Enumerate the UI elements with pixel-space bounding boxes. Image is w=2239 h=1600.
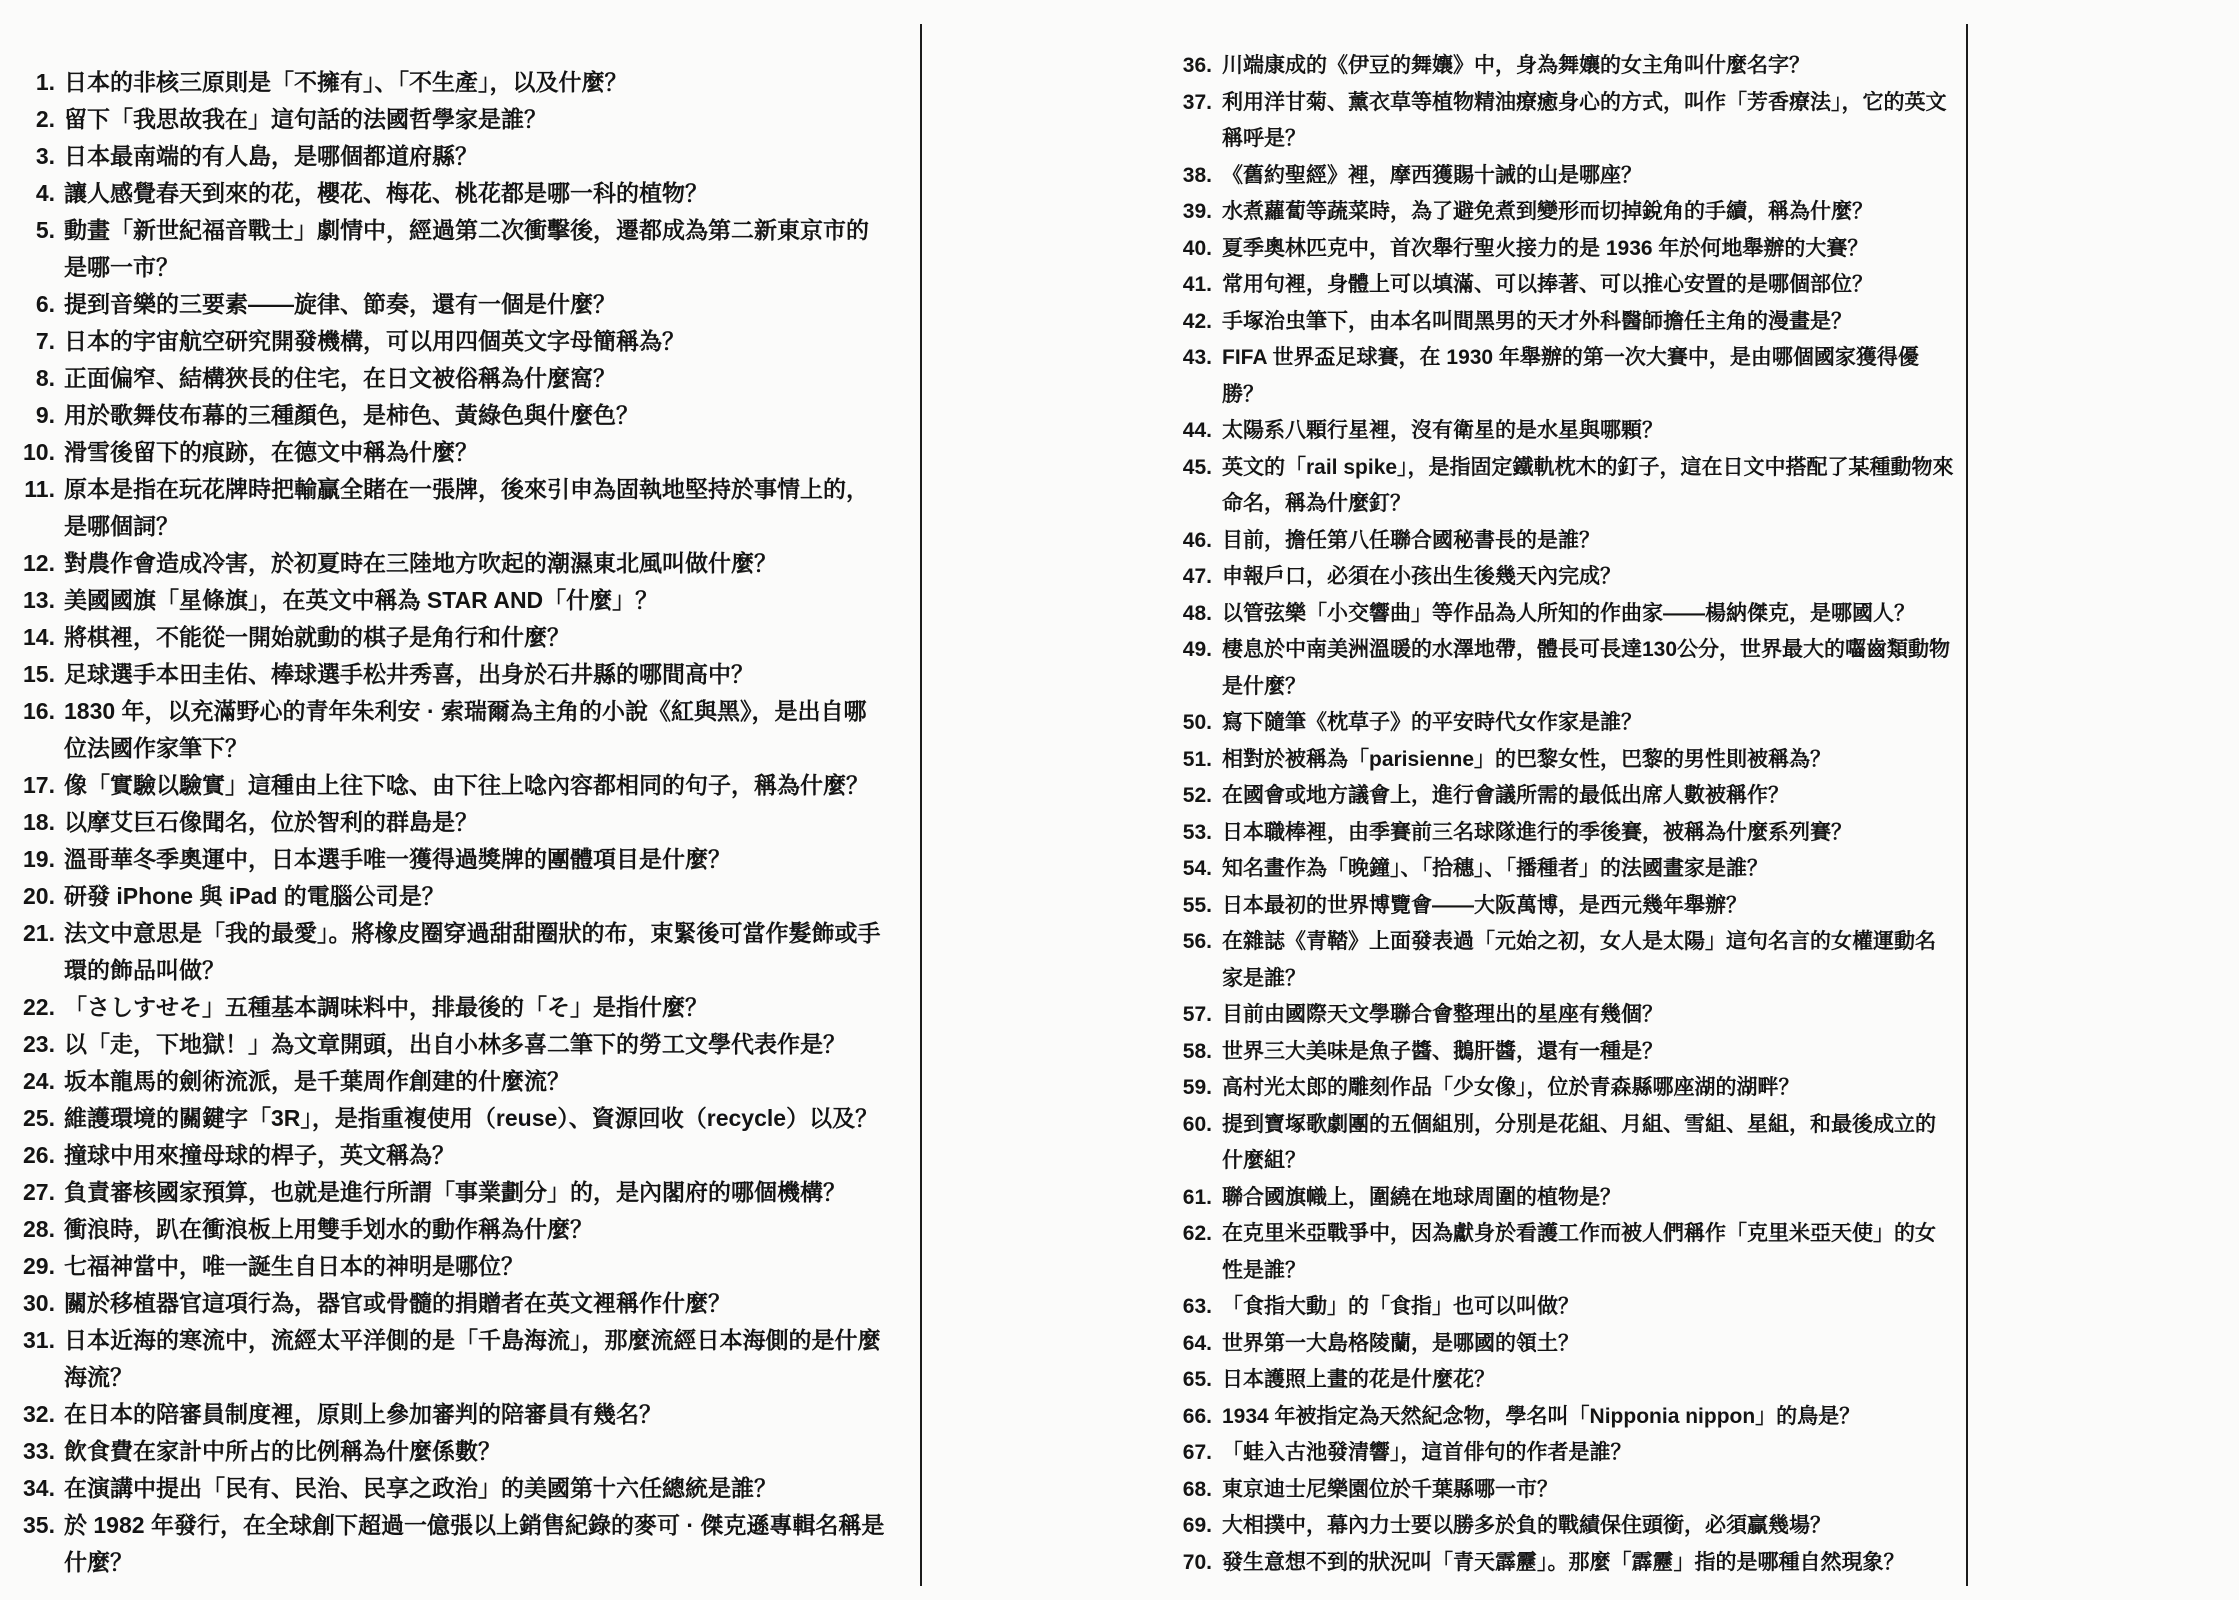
question-text: 日本護照上畫的花是什麼花？ [1222,1362,1954,1399]
question-number: 14. [8,619,55,656]
question-text: 以管弦樂「小交響曲」等作品為人所知的作曲家——楊納傑克，是哪國人？ [1222,596,1954,633]
page-divider-line-right [1966,24,1968,1586]
question-column-right: 36.川端康成的《伊豆的舞孃》中，身為舞孃的女主角叫什麼名字？37.利用洋甘菊、… [1168,48,1968,1581]
question-text: 1934 年被指定為天然紀念物，學名叫「Nipponia nippon」的鳥是？ [1222,1399,1954,1436]
question-text: 七福神當中，唯一誕生自日本的神明是哪位？ [64,1248,886,1285]
question-item: 25.維護環境的關鍵字「3R」，是指重複使用（reuse）、資源回收（recyc… [8,1100,913,1137]
question-number: 56. [1168,924,1212,961]
question-number: 1. [8,64,55,101]
question-number: 46. [1168,523,1212,560]
question-item: 31.日本近海的寒流中，流經太平洋側的是「千島海流」，那麼流經日本海側的是什麼海… [8,1322,913,1396]
question-text: 日本最初的世界博覽會——大阪萬博，是西元幾年舉辦？ [1222,888,1954,925]
question-item: 1.日本的非核三原則是「不擁有」、「不生產」，以及什麼？ [8,64,913,101]
question-text: 申報戶口，必須在小孩出生後幾天內完成？ [1222,559,1954,596]
question-number: 61. [1168,1180,1212,1217]
question-text: 於 1982 年發行，在全球創下超過一億張以上銷售紀錄的麥可 · 傑克遜專輯名稱… [64,1507,886,1581]
question-column-left: 1.日本的非核三原則是「不擁有」、「不生產」，以及什麼？2.留下「我思故我在」這… [8,64,913,1581]
question-text: 手塚治虫筆下，由本名叫間黑男的天才外科醫師擔任主角的漫畫是？ [1222,304,1954,341]
question-number: 47. [1168,559,1212,596]
question-text: 在日本的陪審員制度裡，原則上參加審判的陪審員有幾名？ [64,1396,886,1433]
question-item: 26.撞球中用來撞母球的桿子，英文稱為？ [8,1137,913,1174]
question-text: 維護環境的關鍵字「3R」，是指重複使用（reuse）、資源回收（recycle）… [64,1100,886,1137]
question-item: 17.像「實驗以驗實」這種由上往下唸、由下往上唸內容都相同的句子，稱為什麼？ [8,767,913,804]
question-number: 64. [1168,1326,1212,1363]
question-number: 40. [1168,231,1212,268]
question-text: 聯合國旗幟上，圍繞在地球周圍的植物是？ [1222,1180,1954,1217]
question-text: 原本是指在玩花牌時把輸贏全賭在一張牌，後來引申為固執地堅持於事情上的，是哪個詞？ [64,471,886,545]
question-text: 美國國旗「星條旗」，在英文中稱為 STAR AND「什麼」？ [64,582,886,619]
question-number: 60. [1168,1107,1212,1144]
question-item: 4.讓人感覺春天到來的花，櫻花、梅花、桃花都是哪一科的植物？ [8,175,913,212]
question-number: 33. [8,1433,55,1470]
question-item: 54.知名畫作為「晚鐘」、「拾穗」、「播種者」的法國畫家是誰？ [1168,851,1968,888]
question-text: 撞球中用來撞母球的桿子，英文稱為？ [64,1137,886,1174]
question-number: 53. [1168,815,1212,852]
question-item: 36.川端康成的《伊豆的舞孃》中，身為舞孃的女主角叫什麼名字？ [1168,48,1968,85]
question-item: 15.足球選手本田圭佑、棒球選手松井秀喜，出身於石井縣的哪間高中？ [8,656,913,693]
question-item: 5.動畫「新世紀福音戰士」劇情中，經過第二次衝擊後，遷都成為第二新東京市的是哪一… [8,212,913,286]
question-item: 69.大相撲中，幕內力士要以勝多於負的戰績保住頭銜，必須贏幾場？ [1168,1508,1968,1545]
question-number: 34. [8,1470,55,1507]
question-number: 8. [8,360,55,397]
question-text: 寫下隨筆《枕草子》的平安時代女作家是誰？ [1222,705,1954,742]
question-number: 50. [1168,705,1212,742]
question-item: 2.留下「我思故我在」這句話的法國哲學家是誰？ [8,101,913,138]
question-item: 35.於 1982 年發行，在全球創下超過一億張以上銷售紀錄的麥可 · 傑克遜專… [8,1507,913,1581]
question-item: 48.以管弦樂「小交響曲」等作品為人所知的作曲家——楊納傑克，是哪國人？ [1168,596,1968,633]
question-item: 42.手塚治虫筆下，由本名叫間黑男的天才外科醫師擔任主角的漫畫是？ [1168,304,1968,341]
question-item: 66.1934 年被指定為天然紀念物，學名叫「Nipponia nippon」的… [1168,1399,1968,1436]
question-item: 12.對農作會造成冷害，於初夏時在三陸地方吹起的潮濕東北風叫做什麼？ [8,545,913,582]
question-number: 29. [8,1248,55,1285]
question-item: 45.英文的「rail spike」，是指固定鐵軌枕木的釘子，這在日文中搭配了某… [1168,450,1968,523]
question-item: 32.在日本的陪審員制度裡，原則上參加審判的陪審員有幾名？ [8,1396,913,1433]
question-text: 知名畫作為「晚鐘」、「拾穗」、「播種者」的法國畫家是誰？ [1222,851,1954,888]
question-text: 在國會或地方議會上，進行會議所需的最低出席人數被稱作？ [1222,778,1954,815]
question-text: 將棋裡，不能從一開始就動的棋子是角行和什麼？ [64,619,886,656]
question-item: 9.用於歌舞伎布幕的三種顏色，是柿色、黃綠色與什麼色？ [8,397,913,434]
question-item: 27.負責審核國家預算，也就是進行所謂「事業劃分」的，是內閣府的哪個機構？ [8,1174,913,1211]
question-text: FIFA 世界盃足球賽，在 1930 年舉辦的第一次大賽中，是由哪個國家獲得優勝… [1222,340,1954,413]
question-number: 16. [8,693,55,730]
question-text: 坂本龍馬的劍術流派，是千葉周作創建的什麼流？ [64,1063,886,1100]
question-number: 49. [1168,632,1212,669]
question-number: 11. [8,471,55,508]
question-number: 24. [8,1063,55,1100]
question-item: 6.提到音樂的三要素——旋律、節奏，還有一個是什麼？ [8,286,913,323]
question-text: 用於歌舞伎布幕的三種顏色，是柿色、黃綠色與什麼色？ [64,397,886,434]
question-item: 59.高村光太郎的雕刻作品「少女像」，位於青森縣哪座湖的湖畔？ [1168,1070,1968,1107]
question-text: 研發 iPhone 與 iPad 的電腦公司是？ [64,878,886,915]
question-item: 30.關於移植器官這項行為，器官或骨髓的捐贈者在英文裡稱作什麼？ [8,1285,913,1322]
question-item: 7.日本的宇宙航空研究開發機構，可以用四個英文字母簡稱為？ [8,323,913,360]
question-number: 54. [1168,851,1212,888]
question-item: 37.利用洋甘菊、薰衣草等植物精油療癒身心的方式，叫作「芳香療法」，它的英文稱呼… [1168,85,1968,158]
question-item: 61.聯合國旗幟上，圍繞在地球周圍的植物是？ [1168,1180,1968,1217]
question-number: 36. [1168,48,1212,85]
question-number: 35. [8,1507,55,1544]
question-number: 31. [8,1322,55,1359]
question-text: 棲息於中南美洲溫暖的水澤地帶，體長可長達130公分，世界最大的囓齒類動物是什麼？ [1222,632,1954,705]
question-text: 日本的宇宙航空研究開發機構，可以用四個英文字母簡稱為？ [64,323,886,360]
question-number: 2. [8,101,55,138]
question-number: 59. [1168,1070,1212,1107]
question-number: 23. [8,1026,55,1063]
question-item: 55.日本最初的世界博覽會——大阪萬博，是西元幾年舉辦？ [1168,888,1968,925]
question-text: 動畫「新世紀福音戰士」劇情中，經過第二次衝擊後，遷都成為第二新東京市的是哪一市？ [64,212,886,286]
question-number: 67. [1168,1435,1212,1472]
question-text: 發生意想不到的狀況叫「青天霹靂」。那麼「霹靂」指的是哪種自然現象？ [1222,1545,1954,1582]
question-item: 50.寫下隨筆《枕草子》的平安時代女作家是誰？ [1168,705,1968,742]
question-text: 水煮蘿蔔等蔬菜時，為了避免煮到變形而切掉銳角的手續，稱為什麼？ [1222,194,1954,231]
question-text: 「さしすせそ」五種基本調味料中，排最後的「そ」是指什麼？ [64,989,886,1026]
question-number: 41. [1168,267,1212,304]
question-text: 英文的「rail spike」，是指固定鐵軌枕木的釘子，這在日文中搭配了某種動物… [1222,450,1954,523]
question-number: 18. [8,804,55,841]
question-item: 11.原本是指在玩花牌時把輸贏全賭在一張牌，後來引申為固執地堅持於事情上的，是哪… [8,471,913,545]
question-text: 提到寶塚歌劇團的五個組別，分別是花組、月組、雪組、星組，和最後成立的什麼組？ [1222,1107,1954,1180]
question-number: 43. [1168,340,1212,377]
question-text: 負責審核國家預算，也就是進行所謂「事業劃分」的，是內閣府的哪個機構？ [64,1174,886,1211]
question-number: 26. [8,1137,55,1174]
question-text: 日本近海的寒流中，流經太平洋側的是「千島海流」，那麼流經日本海側的是什麼海流？ [64,1322,886,1396]
question-text: 相對於被稱為「parisienne」的巴黎女性，巴黎的男性則被稱為？ [1222,742,1954,779]
question-item: 49.棲息於中南美洲溫暖的水澤地帶，體長可長達130公分，世界最大的囓齒類動物是… [1168,632,1968,705]
question-number: 45. [1168,450,1212,487]
question-number: 42. [1168,304,1212,341]
question-number: 5. [8,212,55,249]
question-text: 「蛙入古池發清響」，這首俳句的作者是誰？ [1222,1435,1954,1472]
question-text: 提到音樂的三要素——旋律、節奏，還有一個是什麼？ [64,286,886,323]
question-item: 43.FIFA 世界盃足球賽，在 1930 年舉辦的第一次大賽中，是由哪個國家獲… [1168,340,1968,413]
question-item: 56.在雜誌《青鞜》上面發表過「元始之初，女人是太陽」這句名言的女權運動名家是誰… [1168,924,1968,997]
question-item: 16.1830 年，以充滿野心的青年朱利安 · 索瑞爾為主角的小說《紅與黑》，是… [8,693,913,767]
question-item: 46.目前，擔任第八任聯合國秘書長的是誰？ [1168,523,1968,560]
question-text: 東京迪士尼樂園位於千葉縣哪一市？ [1222,1472,1954,1509]
question-item: 13.美國國旗「星條旗」，在英文中稱為 STAR AND「什麼」？ [8,582,913,619]
question-item: 52.在國會或地方議會上，進行會議所需的最低出席人數被稱作？ [1168,778,1968,815]
question-number: 7. [8,323,55,360]
question-number: 62. [1168,1216,1212,1253]
question-text: 正面偏窄、結構狹長的住宅，在日文被俗稱為什麼窩？ [64,360,886,397]
question-item: 64.世界第一大島格陵蘭，是哪國的領土？ [1168,1326,1968,1363]
question-number: 4. [8,175,55,212]
question-text: 高村光太郎的雕刻作品「少女像」，位於青森縣哪座湖的湖畔？ [1222,1070,1954,1107]
question-text: 法文中意思是「我的最愛」。將橡皮圈穿過甜甜圈狀的布，束緊後可當作髮飾或手環的飾品… [64,915,886,989]
question-item: 51.相對於被稱為「parisienne」的巴黎女性，巴黎的男性則被稱為？ [1168,742,1968,779]
question-text: 日本的非核三原則是「不擁有」、「不生產」，以及什麼？ [64,64,886,101]
question-text: 1830 年，以充滿野心的青年朱利安 · 索瑞爾為主角的小說《紅與黑》，是出自哪… [64,693,886,767]
question-item: 18.以摩艾巨石像聞名，位於智利的群島是？ [8,804,913,841]
question-item: 34.在演講中提出「民有、民治、民享之政治」的美國第十六任總統是誰？ [8,1470,913,1507]
question-number: 25. [8,1100,55,1137]
question-item: 23.以「走，下地獄！」為文章開頭，出自小林多喜二筆下的勞工文學代表作是？ [8,1026,913,1063]
question-text: 《舊約聖經》裡，摩西獲賜十誡的山是哪座？ [1222,158,1954,195]
question-text: 目前由國際天文學聯合會整理出的星座有幾個？ [1222,997,1954,1034]
question-text: 利用洋甘菊、薰衣草等植物精油療癒身心的方式，叫作「芳香療法」，它的英文稱呼是？ [1222,85,1954,158]
question-item: 21.法文中意思是「我的最愛」。將橡皮圈穿過甜甜圈狀的布，束緊後可當作髮飾或手環… [8,915,913,989]
question-number: 3. [8,138,55,175]
question-item: 38.《舊約聖經》裡，摩西獲賜十誡的山是哪座？ [1168,158,1968,195]
scanned-quiz-page: 1.日本的非核三原則是「不擁有」、「不生產」，以及什麼？2.留下「我思故我在」這… [0,0,2239,1600]
question-item: 53.日本職棒裡，由季賽前三名球隊進行的季後賽，被稱為什麼系列賽？ [1168,815,1968,852]
question-number: 22. [8,989,55,1026]
question-number: 6. [8,286,55,323]
question-text: 世界三大美味是魚子醬、鵝肝醬，還有一種是？ [1222,1034,1954,1071]
question-item: 8.正面偏窄、結構狹長的住宅，在日文被俗稱為什麼窩？ [8,360,913,397]
question-item: 41.常用句裡，身體上可以填滿、可以捧著、可以推心安置的是哪個部位？ [1168,267,1968,304]
question-number: 15. [8,656,55,693]
question-text: 飲食費在家計中所占的比例稱為什麼係數？ [64,1433,886,1470]
question-text: 滑雪後留下的痕跡，在德文中稱為什麼？ [64,434,886,471]
question-text: 日本最南端的有人島，是哪個都道府縣？ [64,138,886,175]
question-text: 世界第一大島格陵蘭，是哪國的領土？ [1222,1326,1954,1363]
question-text: 在演講中提出「民有、民治、民享之政治」的美國第十六任總統是誰？ [64,1470,886,1507]
question-text: 川端康成的《伊豆的舞孃》中，身為舞孃的女主角叫什麼名字？ [1222,48,1954,85]
question-number: 13. [8,582,55,619]
question-number: 57. [1168,997,1212,1034]
question-number: 65. [1168,1362,1212,1399]
question-text: 讓人感覺春天到來的花，櫻花、梅花、桃花都是哪一科的植物？ [64,175,886,212]
question-item: 19.溫哥華冬季奧運中，日本選手唯一獲得過獎牌的團體項目是什麼？ [8,841,913,878]
question-number: 38. [1168,158,1212,195]
question-number: 58. [1168,1034,1212,1071]
question-text: 留下「我思故我在」這句話的法國哲學家是誰？ [64,101,886,138]
question-text: 足球選手本田圭佑、棒球選手松井秀喜，出身於石井縣的哪間高中？ [64,656,886,693]
question-item: 14.將棋裡，不能從一開始就動的棋子是角行和什麼？ [8,619,913,656]
question-number: 19. [8,841,55,878]
question-text: 在雜誌《青鞜》上面發表過「元始之初，女人是太陽」這句名言的女權運動名家是誰？ [1222,924,1954,997]
question-number: 48. [1168,596,1212,633]
question-number: 63. [1168,1289,1212,1326]
question-text: 夏季奧林匹克中，首次舉行聖火接力的是 1936 年於何地舉辦的大賽？ [1222,231,1954,268]
question-number: 27. [8,1174,55,1211]
question-text: 像「實驗以驗實」這種由上往下唸、由下往上唸內容都相同的句子，稱為什麼？ [64,767,886,804]
question-text: 以「走，下地獄！」為文章開頭，出自小林多喜二筆下的勞工文學代表作是？ [64,1026,886,1063]
question-item: 63.「食指大動」的「食指」也可以叫做？ [1168,1289,1968,1326]
question-number: 17. [8,767,55,804]
question-text: 以摩艾巨石像聞名，位於智利的群島是？ [64,804,886,841]
question-number: 28. [8,1211,55,1248]
question-number: 51. [1168,742,1212,779]
question-item: 24.坂本龍馬的劍術流派，是千葉周作創建的什麼流？ [8,1063,913,1100]
page-divider-line-left [920,24,922,1586]
question-item: 44.太陽系八顆行星裡，沒有衛星的是水星與哪顆？ [1168,413,1968,450]
question-number: 32. [8,1396,55,1433]
question-number: 69. [1168,1508,1212,1545]
question-number: 52. [1168,778,1212,815]
question-text: 對農作會造成冷害，於初夏時在三陸地方吹起的潮濕東北風叫做什麼？ [64,545,886,582]
question-number: 66. [1168,1399,1212,1436]
question-text: 目前，擔任第八任聯合國秘書長的是誰？ [1222,523,1954,560]
question-text: 衝浪時，趴在衝浪板上用雙手划水的動作稱為什麼？ [64,1211,886,1248]
question-item: 3.日本最南端的有人島，是哪個都道府縣？ [8,138,913,175]
question-item: 47.申報戶口，必須在小孩出生後幾天內完成？ [1168,559,1968,596]
question-number: 9. [8,397,55,434]
question-text: 太陽系八顆行星裡，沒有衛星的是水星與哪顆？ [1222,413,1954,450]
question-text: 日本職棒裡，由季賽前三名球隊進行的季後賽，被稱為什麼系列賽？ [1222,815,1954,852]
question-text: 常用句裡，身體上可以填滿、可以捧著、可以推心安置的是哪個部位？ [1222,267,1954,304]
question-number: 44. [1168,413,1212,450]
question-item: 68.東京迪士尼樂園位於千葉縣哪一市？ [1168,1472,1968,1509]
question-number: 20. [8,878,55,915]
question-item: 65.日本護照上畫的花是什麼花？ [1168,1362,1968,1399]
question-text: 溫哥華冬季奧運中，日本選手唯一獲得過獎牌的團體項目是什麼？ [64,841,886,878]
question-number: 39. [1168,194,1212,231]
question-number: 21. [8,915,55,952]
question-item: 22.「さしすせそ」五種基本調味料中，排最後的「そ」是指什麼？ [8,989,913,1026]
question-item: 60.提到寶塚歌劇團的五個組別，分別是花組、月組、雪組、星組，和最後成立的什麼組… [1168,1107,1968,1180]
question-item: 29.七福神當中，唯一誕生自日本的神明是哪位？ [8,1248,913,1285]
question-item: 57.目前由國際天文學聯合會整理出的星座有幾個？ [1168,997,1968,1034]
question-text: 在克里米亞戰爭中，因為獻身於看護工作而被人們稱作「克里米亞天使」的女性是誰？ [1222,1216,1954,1289]
question-item: 33.飲食費在家計中所占的比例稱為什麼係數？ [8,1433,913,1470]
question-number: 70. [1168,1545,1212,1582]
question-item: 40.夏季奧林匹克中，首次舉行聖火接力的是 1936 年於何地舉辦的大賽？ [1168,231,1968,268]
question-number: 37. [1168,85,1212,122]
question-number: 12. [8,545,55,582]
question-text: 「食指大動」的「食指」也可以叫做？ [1222,1289,1954,1326]
question-item: 20.研發 iPhone 與 iPad 的電腦公司是？ [8,878,913,915]
question-item: 39.水煮蘿蔔等蔬菜時，為了避免煮到變形而切掉銳角的手續，稱為什麼？ [1168,194,1968,231]
question-number: 10. [8,434,55,471]
question-number: 68. [1168,1472,1212,1509]
question-text: 關於移植器官這項行為，器官或骨髓的捐贈者在英文裡稱作什麼？ [64,1285,886,1322]
question-item: 70.發生意想不到的狀況叫「青天霹靂」。那麼「霹靂」指的是哪種自然現象？ [1168,1545,1968,1582]
question-item: 10.滑雪後留下的痕跡，在德文中稱為什麼？ [8,434,913,471]
question-text: 大相撲中，幕內力士要以勝多於負的戰績保住頭銜，必須贏幾場？ [1222,1508,1954,1545]
question-item: 67.「蛙入古池發清響」，這首俳句的作者是誰？ [1168,1435,1968,1472]
question-item: 62.在克里米亞戰爭中，因為獻身於看護工作而被人們稱作「克里米亞天使」的女性是誰… [1168,1216,1968,1289]
question-number: 30. [8,1285,55,1322]
question-item: 58.世界三大美味是魚子醬、鵝肝醬，還有一種是？ [1168,1034,1968,1071]
question-number: 55. [1168,888,1212,925]
question-item: 28.衝浪時，趴在衝浪板上用雙手划水的動作稱為什麼？ [8,1211,913,1248]
